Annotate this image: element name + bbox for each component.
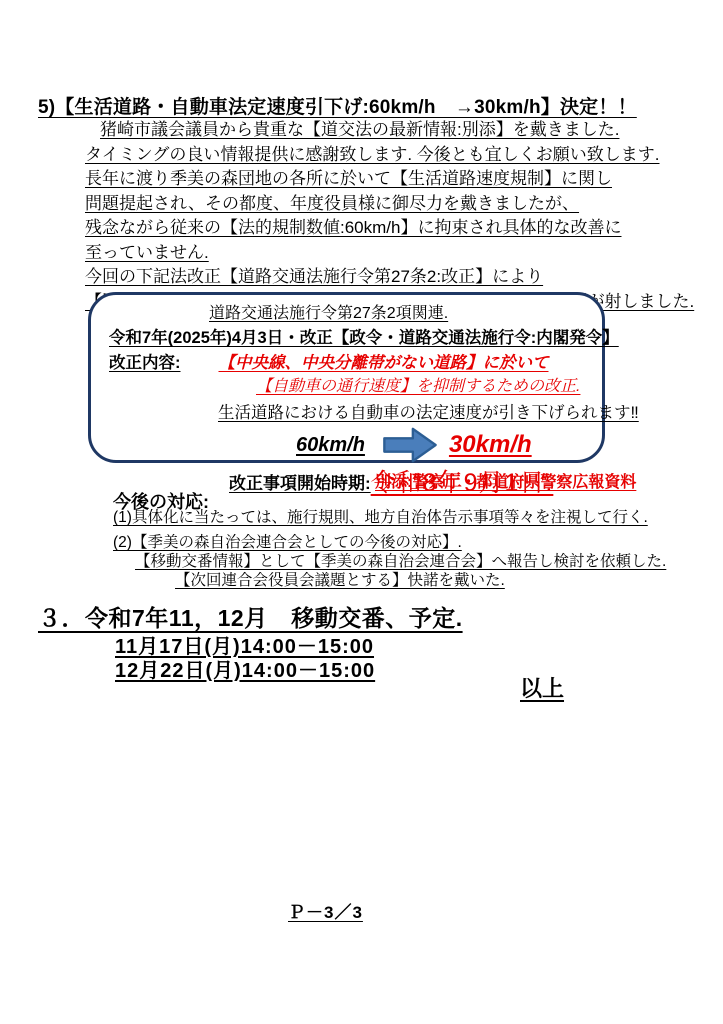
- future-item-1: (1)具体化に当たっては、施行規則、地方自治体告示事項等々を注視して行く.: [113, 508, 666, 527]
- section5-line: 今回の下記法改正【道路交通法施行令第27条2:改正】により: [85, 265, 694, 290]
- section5-line: 問題提起され、その都度、年度役員様に御尽力を戴きましたが、: [85, 192, 694, 217]
- decree-line: 令和7年(2025年)4月3日・改正【政令・道路交通法施行令:内閣発令】: [109, 324, 602, 348]
- section5-title: 5)【生活道路・自動車法定速度引下げ:60km/h →30km/h】決定！！: [38, 92, 637, 119]
- document-page: 5)【生活道路・自動車法定速度引下げ:60km/h →30km/h】決定！！ 猪…: [0, 0, 723, 1024]
- right-arrow-icon: [381, 426, 439, 464]
- future-item-2-sub1: 【移動交番情報】として【季美の森自治会連合会】へ報告し検討を依頼した.: [135, 552, 666, 571]
- schedule-date: 12月22日(月)14:00－15:00: [115, 660, 375, 684]
- law-revision-notice-box: 道路交通法施行令第27条2項関連. 令和7年(2025年)4月3日・改正【政令・…: [88, 292, 605, 463]
- section5-line: 至っていません.: [85, 241, 694, 266]
- future-response-body: (1)具体化に当たっては、施行規則、地方自治体告示事項等々を注視して行く. (2…: [113, 508, 666, 590]
- patrol-schedule: 11月17日(月)14:00－15:00 12月22日(月)14:00－15:0…: [115, 636, 375, 683]
- revision-content-label: 改正内容:: [109, 354, 181, 372]
- revision-content-row: 改正内容:【中央線、中央分離帯がない道路】に於いて: [109, 349, 602, 373]
- speed-change-row: 60km/h 30km/h: [296, 427, 602, 463]
- future-item-2: (2)【季美の森自治会連合会としての今後の対応】.: [113, 533, 666, 552]
- future-item-2-sub2: 【次回連合会役員会議題とする】快諾を戴いた.: [175, 571, 666, 590]
- attachment-note: 別添:警察庁・都道府県警察広報資料: [375, 469, 636, 492]
- section5-line: 長年に渡り季美の森団地の各所に於いて【生活道路速度規制】に関し: [85, 167, 694, 192]
- related-law-line: 道路交通法施行令第27条2項関連.: [209, 300, 602, 323]
- effect-line: 生活道路における自動車の法定速度が引き下げられます‼: [218, 399, 602, 423]
- section5-body: 猪崎市議会議員から貴重な【道交法の最新情報:別添】を戴きました. タイミングの良…: [85, 118, 694, 314]
- page-number: Ｐ－3／3: [288, 898, 363, 923]
- section3-title: ３．令和7年11，12月 移動交番、予定.: [38, 600, 463, 633]
- start-date-label: 改正事項開始時期:: [229, 469, 371, 494]
- closing-ijou: 以上: [520, 672, 564, 703]
- speed-before: 60km/h: [296, 434, 365, 457]
- section5-line: タイミングの良い情報提供に感謝致します. 今後とも宜しくお願い致します.: [85, 143, 694, 168]
- speed-after: 30km/h: [449, 431, 532, 459]
- section5-line: 猪崎市議会議員から貴重な【道交法の最新情報:別添】を戴きました.: [100, 118, 694, 143]
- revision-content-red2: 【自動車の通行速度】を抑制するための改正.: [256, 373, 602, 396]
- schedule-date: 11月17日(月)14:00－15:00: [115, 636, 375, 660]
- section5-line: 残念ながら従来の【法的規制数値:60km/h】に拘束され具体的な改善に: [85, 216, 694, 241]
- revision-content-red1: 【中央線、中央分離帯がない道路】に於いて: [219, 354, 549, 372]
